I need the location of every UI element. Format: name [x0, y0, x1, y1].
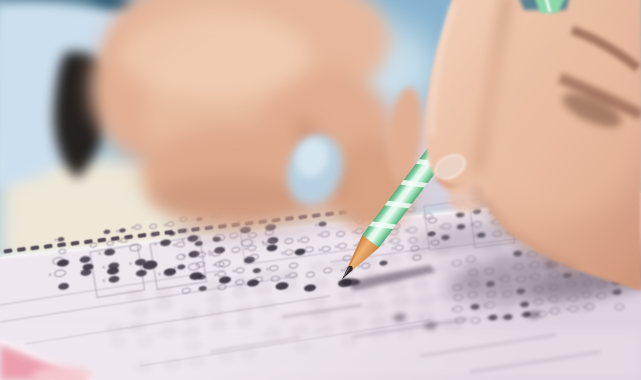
bottom-defocus-fade — [0, 330, 641, 380]
left-hand-under-shade — [150, 176, 310, 220]
left-hand-highlight — [120, 10, 310, 100]
pencil-contact-shadow — [342, 279, 360, 286]
photo-canvas — [0, 0, 641, 380]
exam-photo: Close-up photo of a student's hands fill… — [0, 0, 641, 380]
